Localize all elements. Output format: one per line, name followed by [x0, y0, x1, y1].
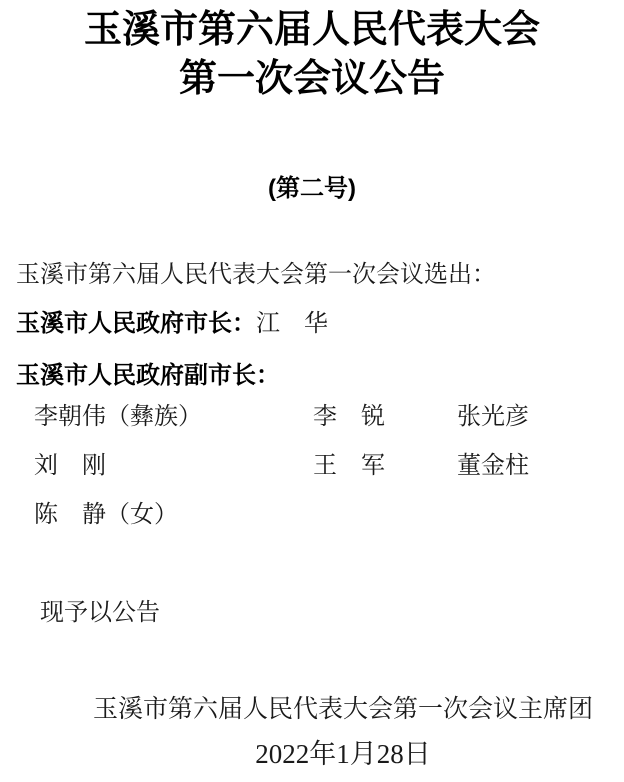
page-title: 玉溪市第六届人民代表大会 第一次会议公告 [0, 6, 624, 104]
vice-mayor-name: 王 军 [313, 452, 385, 480]
title-line-1: 玉溪市第六届人民代表大会 [0, 6, 624, 55]
vice-mayor-name: 李朝伟（彝族） [34, 403, 202, 431]
intro-line: 玉溪市第六届人民代表大会第一次会议选出： [16, 261, 496, 289]
mayor-name: 江 华 [256, 310, 328, 337]
issue-number: (第二号) [0, 168, 624, 203]
closing-line: 现予以公告 [40, 599, 160, 627]
vice-mayor-name: 陈 静（女） [34, 501, 178, 529]
announcement-page: 玉溪市第六届人民代表大会 第一次会议公告 (第二号) 玉溪市第六届人民代表大会第… [0, 0, 624, 782]
mayor-label: 玉溪市人民政府市长： [16, 310, 256, 337]
vice-mayor-label: 玉溪市人民政府副市长： [16, 362, 280, 390]
vice-mayor-row-1: 李朝伟（彝族） 李 锐 张光彦 [34, 403, 594, 452]
vice-mayor-name: 张光彦 [457, 403, 529, 431]
vice-mayor-name: 刘 刚 [34, 452, 106, 480]
vice-mayor-name: 李 锐 [313, 403, 385, 431]
signature-line: 玉溪市第六届人民代表大会第一次会议主席团 [93, 694, 593, 724]
vice-mayor-list: 李朝伟（彝族） 李 锐 张光彦 刘 刚 王 军 董金柱 陈 静（女） [34, 403, 594, 550]
vice-mayor-row-2: 刘 刚 王 军 董金柱 [34, 452, 594, 501]
mayor-line: 玉溪市人民政府市长：江 华 [16, 310, 328, 338]
date-line: 2022年1月28日 [93, 739, 593, 769]
signature-block: 玉溪市第六届人民代表大会第一次会议主席团 2022年1月28日 [93, 694, 593, 769]
vice-mayor-row-3: 陈 静（女） [34, 501, 594, 550]
vice-mayor-name: 董金柱 [457, 452, 529, 480]
title-line-2: 第一次会议公告 [0, 55, 624, 104]
